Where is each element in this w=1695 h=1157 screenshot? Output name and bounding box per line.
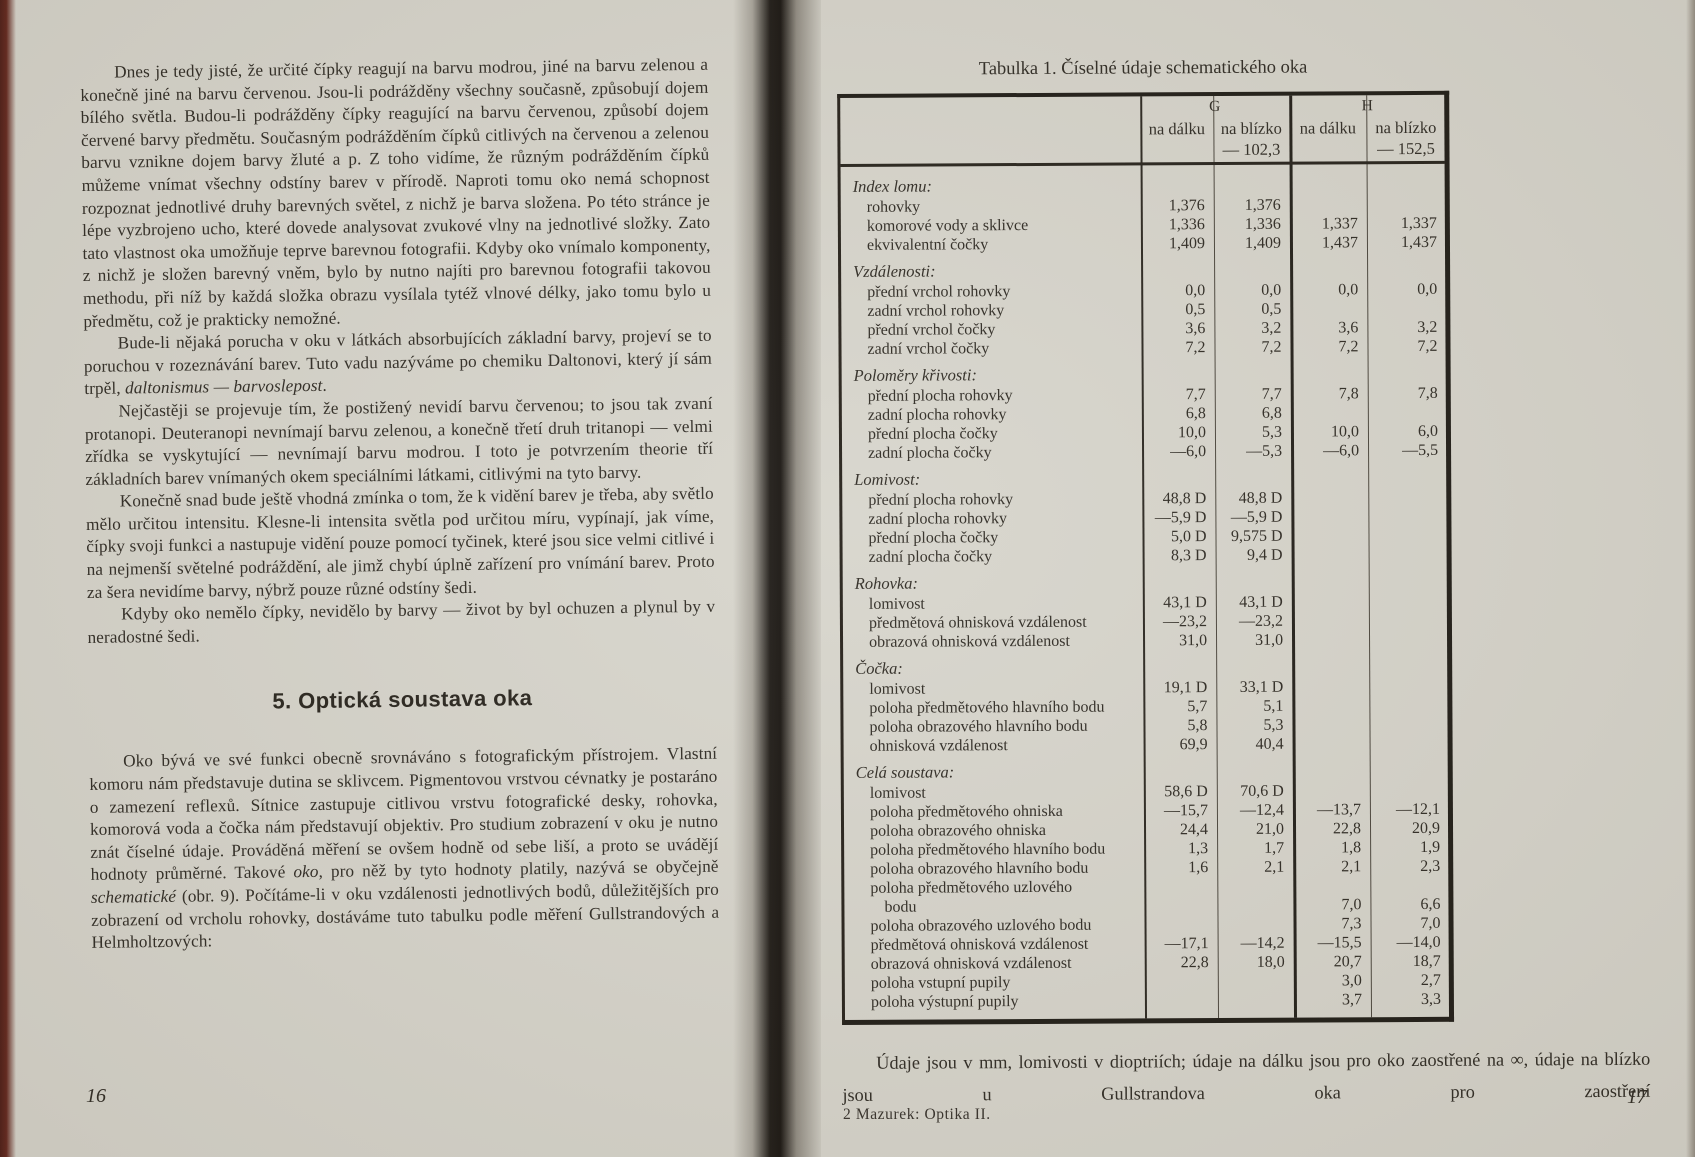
left-page-paragraphs: Dnes je tedy jisté, že určité čípky reag… — [80, 54, 716, 650]
row-label: komorové vody a sklivce — [841, 215, 1141, 236]
cell-value: 7,2 — [1214, 338, 1290, 357]
cell-value: 1,437 — [1367, 233, 1446, 252]
cell-value: —12,1 — [1370, 800, 1449, 819]
cell-value: 1,7 — [1217, 839, 1293, 858]
paragraph: Oko bývá ve své funkci obecně srovnáváno… — [89, 743, 720, 955]
row-label: zadní vrchol čočky — [841, 338, 1141, 359]
cell-value: —5,9 D — [1142, 508, 1215, 527]
cell-value: 24,4 — [1144, 820, 1217, 839]
cell-value: —13,7 — [1293, 800, 1370, 819]
row-label: ohnisková vzdálenost — [844, 735, 1144, 756]
cell-value: 3,2 — [1367, 318, 1446, 337]
cell-value: —23,2 — [1216, 612, 1292, 631]
cell-value: 3,2 — [1214, 319, 1290, 338]
column-header-sublabel: — 102,3 — [1223, 140, 1281, 159]
cell-value: 43,1 D — [1143, 593, 1216, 612]
cell-value: 22,8 — [1145, 953, 1218, 972]
table-header: G H na dálku na blízko — 102,3 na dálku … — [840, 95, 1444, 166]
row-label: rohovky — [841, 196, 1141, 217]
cell-value: 43,1 D — [1216, 593, 1292, 612]
cell-value: 5,0 D — [1142, 527, 1215, 546]
cell-value: 10,0 — [1291, 422, 1368, 441]
cell-value: 48,8 D — [1142, 489, 1215, 508]
left-page: Dnes je tedy jisté, že určité čípky reag… — [80, 54, 720, 955]
row-label: poloha předmětového ohniska — [844, 801, 1144, 822]
cell-value: —14,0 — [1371, 933, 1450, 952]
cell-value: 21,0 — [1217, 820, 1293, 839]
cell-value: 18,0 — [1218, 953, 1294, 972]
cell-value: 19,1 D — [1143, 678, 1216, 697]
group-header-g: G — [1140, 98, 1289, 117]
cell-value: 0,0 — [1214, 281, 1290, 300]
cell-value: 20,9 — [1370, 819, 1449, 838]
cell-value: 3,6 — [1141, 319, 1214, 338]
cell-value: 70,6 D — [1217, 782, 1293, 801]
column-header: na blízko — 152,5 — [1366, 117, 1445, 159]
row-label: předmětová ohnisková vzdálenost — [845, 934, 1145, 955]
column-header-sublabel: — 152,5 — [1377, 139, 1435, 158]
row-label: zadní plocha čočky — [842, 442, 1142, 463]
cell-value: 9,575 D — [1215, 527, 1291, 546]
cell-value: 1,337 — [1367, 214, 1446, 233]
cell-value: 69,9 — [1144, 735, 1217, 754]
row-label: ekvivalentní čočky — [841, 234, 1141, 255]
cell-value: 5,3 — [1216, 716, 1292, 735]
row-label: poloha předmětového uzlovéhobodu — [844, 877, 1144, 917]
cell-value: 2,1 — [1293, 857, 1370, 876]
row-label: poloha výstupní pupily — [845, 991, 1145, 1012]
cell-value: 7,8 — [1368, 384, 1447, 403]
cell-value: 3,0 — [1294, 971, 1371, 990]
row-label: přední plocha čočky — [842, 423, 1142, 444]
data-table: G H na dálku na blízko — 102,3 na dálku … — [837, 91, 1454, 1025]
cell-value: 5,1 — [1216, 697, 1292, 716]
cell-value: 8,3 D — [1143, 546, 1216, 565]
cell-value: 2,7 — [1371, 971, 1450, 990]
column-header: na dálku — [1289, 117, 1366, 138]
cell-value: 7,8 — [1291, 384, 1368, 403]
cell-value: 7,2 — [1290, 337, 1367, 356]
row-label: poloha obrazového uzlového bodu — [844, 915, 1144, 936]
book-spread-scan: Dnes je tedy jisté, že určité čípky reag… — [0, 0, 1695, 1157]
cell-value: 0,5 — [1141, 300, 1214, 319]
cell-value: 18,7 — [1371, 952, 1450, 971]
cell-value: —6,0 — [1142, 442, 1215, 461]
cell-value: 0,0 — [1290, 280, 1367, 299]
column-header-label: na dálku — [1149, 119, 1205, 138]
cell-value: 3,6 — [1290, 318, 1367, 337]
cell-value: 40,4 — [1217, 735, 1293, 754]
cell-value: 7,2 — [1367, 337, 1446, 356]
row-label: přední vrchol rohovky — [841, 281, 1141, 302]
book-footer: 2 Mazurek: Optika II. — [843, 1106, 991, 1124]
cell-value: 9,4 D — [1216, 546, 1292, 565]
right-page: Tabulka 1. Číselné údaje schematického o… — [837, 56, 1673, 1130]
cell-value: 1,409 — [1141, 234, 1214, 253]
cell-value: 58,6 D — [1144, 782, 1217, 801]
cell-value: 48,8 D — [1215, 489, 1291, 508]
paragraph: Konečně snad bude ještě vhodná zmínka o … — [86, 483, 715, 604]
paragraph: Nejčastěji se projevuje tím, že postižen… — [84, 393, 713, 492]
paragraph: Kdyby oko nemělo čípky, nevidělo by barv… — [87, 596, 716, 649]
cell-value: —23,2 — [1143, 612, 1216, 631]
paragraph: Bude-li nějaká porucha v oku v látkách a… — [84, 325, 713, 401]
row-label: přední plocha čočky — [842, 527, 1142, 548]
cell-value: 5,3 — [1215, 423, 1291, 442]
cell-value: —5,9 D — [1215, 508, 1291, 527]
cell-value: 3,7 — [1294, 990, 1371, 1009]
cell-value: —5,5 — [1368, 441, 1447, 460]
cell-value: 1,8 — [1293, 838, 1370, 857]
cell-value: —17,1 — [1145, 934, 1218, 953]
cell-value: 5,7 — [1143, 697, 1216, 716]
page-edge-strip — [0, 0, 16, 1157]
column-header-label: na dálku — [1300, 118, 1356, 137]
row-label: poloha předmětového hlavního bodu — [843, 697, 1143, 718]
column-header: na dálku — [1140, 118, 1213, 139]
table-footnote: Údaje jsou v mm, lomivosti v dioptriích;… — [842, 1043, 1650, 1111]
row-label: obrazová ohnisková vzdálenost — [845, 953, 1145, 974]
cell-value: 7,7 — [1215, 385, 1291, 404]
cell-value: 1,336 — [1214, 215, 1290, 234]
cell-value: 31,0 — [1143, 631, 1216, 650]
page-number-left: 16 — [86, 1085, 106, 1108]
paragraph: Dnes je tedy jisté, že určité čípky reag… — [80, 54, 711, 333]
row-label: zadní plocha rohovky — [842, 508, 1142, 529]
page-edge-right — [1686, 0, 1695, 1157]
cell-value: 33,1 D — [1216, 678, 1292, 697]
cell-value: 7,2 — [1141, 338, 1214, 357]
table-title: Tabulka 1. Číselné údaje schematického o… — [837, 57, 1449, 81]
row-label: poloha vstupní pupily — [845, 972, 1145, 993]
row-label: poloha předmětového hlavního bodu — [844, 839, 1144, 860]
cell-value: 10,0 — [1142, 423, 1215, 442]
left-page-paragraphs-after: Oko bývá ve své funkci obecně srovnáváno… — [89, 743, 720, 955]
group-header-h: H — [1289, 97, 1445, 116]
cell-value: 5,8 — [1143, 716, 1216, 735]
cell-value: 0,0 — [1367, 280, 1446, 299]
row-label: lomivost — [843, 593, 1143, 614]
cell-value: 2,1 — [1217, 858, 1293, 877]
cell-value: —12,4 — [1217, 801, 1293, 820]
row-label: zadní plocha rohovky — [842, 404, 1142, 425]
cell-value: 1,437 — [1290, 233, 1367, 252]
cell-value: 6,0 — [1368, 422, 1447, 441]
row-label: přední plocha rohovky — [842, 385, 1142, 406]
row-label: přední plocha rohovky — [842, 489, 1142, 510]
row-label: poloha obrazového hlavního bodu — [844, 858, 1144, 879]
cell-value: —15,7 — [1144, 801, 1217, 820]
cell-value: 6,8 — [1215, 404, 1291, 423]
row-label: lomivost — [843, 678, 1143, 699]
cell-value: 7,0 — [1370, 914, 1449, 933]
column-header: na blízko — 102,3 — [1213, 118, 1289, 160]
cell-value: 20,7 — [1294, 952, 1371, 971]
cell-value: 6,6 — [1370, 895, 1449, 914]
page-number-right: 17 — [1627, 1086, 1647, 1109]
row-label: obrazová ohnisková vzdálenost — [843, 631, 1143, 652]
row-label: zadní vrchol rohovky — [841, 300, 1141, 321]
cell-value: 1,409 — [1214, 234, 1290, 253]
row-label: poloha obrazového ohniska — [844, 820, 1144, 841]
cell-value: 2,3 — [1370, 857, 1449, 876]
cell-value: 7,7 — [1142, 385, 1215, 404]
cell-value: —14,2 — [1218, 934, 1294, 953]
cell-value: 1,9 — [1370, 838, 1449, 857]
cell-value: 0,0 — [1141, 281, 1214, 300]
column-header-label: na blízko — [1221, 119, 1282, 138]
cell-value: —6,0 — [1291, 441, 1368, 460]
cell-value: 0,5 — [1214, 300, 1290, 319]
row-label: zadní plocha čočky — [843, 546, 1143, 567]
column-header-label: na blízko — [1375, 118, 1436, 137]
cell-value: 1,376 — [1141, 196, 1214, 215]
cell-value: 1,6 — [1144, 858, 1217, 877]
cell-value: 1,376 — [1214, 196, 1290, 215]
cell-value: 1,337 — [1290, 214, 1367, 233]
row-label: poloha obrazového hlavního bodu — [843, 716, 1143, 737]
row-label: přední vrchol čočky — [841, 319, 1141, 340]
cell-value: 6,8 — [1142, 404, 1215, 423]
binding-gutter-shadow — [733, 0, 821, 1157]
cell-value: 7,0 — [1293, 895, 1370, 914]
cell-value: 1,3 — [1144, 839, 1217, 858]
cell-value: 1,336 — [1141, 215, 1214, 234]
row-label: lomivost — [844, 782, 1144, 803]
cell-value: 22,8 — [1293, 819, 1370, 838]
cell-value: 31,0 — [1216, 631, 1292, 650]
cell-value: 7,3 — [1293, 914, 1370, 933]
cell-value: —5,3 — [1215, 442, 1291, 461]
cell-value: —15,5 — [1294, 933, 1371, 952]
section-heading: 5. Optická soustava oka — [88, 683, 716, 717]
cell-value: 3,3 — [1371, 990, 1450, 1009]
row-label: předmětová ohnisková vzdálenost — [843, 612, 1143, 633]
